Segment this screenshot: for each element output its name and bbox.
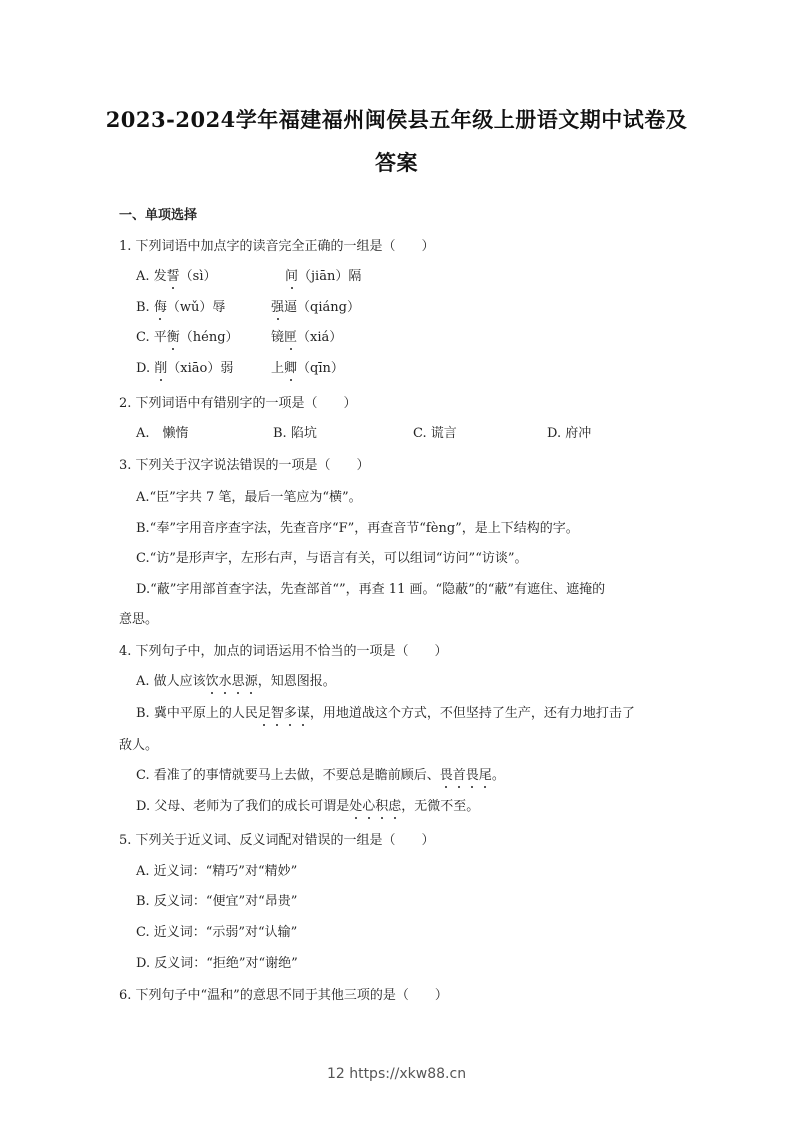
page-footer: 12 https://xkw88.cn — [0, 1066, 793, 1082]
option-text: （wǔ）辱 — [167, 300, 226, 315]
dotted-char: 多 — [284, 706, 297, 722]
dotted-char: 水 — [219, 674, 232, 690]
dotted-char: 畏 — [440, 768, 453, 784]
option-text: A. 做人应该 — [136, 674, 206, 689]
question-4-option-d: D. 父母、老师为了我们的成长可谓是处心积虑，无微不至。 — [136, 799, 479, 815]
question-2-option-b: B. 陷坑 — [273, 426, 317, 442]
option-text: ，用地道战这个方式，不但坚持了生产，还有力地打击了 — [310, 706, 635, 721]
question-4-option-c: C. 看准了的事情就要马上去做，不要总是瞻前顾后、畏首畏尾。 — [136, 768, 505, 784]
question-1-option-a: A. 发誓（sì） — [136, 269, 217, 285]
option-text: C. 看准了的事情就要马上去做，不要总是瞻前顾后、 — [136, 768, 440, 783]
option-text: 镜 — [271, 330, 284, 345]
question-5-stem: 5. 下列关于近义词、反义词配对错误的一组是（ ） — [119, 833, 435, 849]
option-text: B. 冀中平原上的人民 — [136, 706, 258, 721]
dotted-char: 积 — [375, 799, 388, 815]
dotted-char: 削 — [154, 361, 167, 377]
option-text: （sì） — [180, 269, 217, 284]
option-text: ，知恩图报。 — [258, 674, 336, 689]
question-5-option-c: C. 近义词：“示弱”对“认输” — [136, 925, 297, 941]
question-5-option-d: D. 反义词：“拒绝”对“谢绝” — [136, 956, 298, 972]
dotted-char: 侮 — [154, 300, 167, 316]
dotted-char: 足 — [258, 706, 271, 722]
option-text: A. 发 — [136, 269, 167, 284]
option-text: （jiān）隔 — [298, 269, 361, 284]
question-4-option-b-cont: 敌人。 — [119, 738, 158, 754]
dotted-char: 处 — [349, 799, 362, 815]
question-3-option-d: D.“蔽”字用部首查字法，先查部首“”，再查 11 画。“隐蔽”的“蔽”有遮住、… — [136, 582, 605, 598]
option-text: （xiāo）弱 — [167, 361, 233, 376]
question-1-option-d-2: 上卿（qīn） — [271, 361, 344, 377]
option-text: ，无微不至。 — [401, 799, 479, 814]
question-2-option-d: D. 府冲 — [547, 426, 591, 442]
option-text: （xiá） — [297, 330, 342, 345]
question-1-option-d: D. 削（xiāo）弱 — [136, 361, 233, 377]
document-title-line2: 答案 — [0, 147, 793, 177]
question-2-option-c: C. 谎言 — [413, 426, 457, 442]
question-5-option-b: B. 反义词：“便宜”对“昂贵” — [136, 894, 297, 910]
option-text: 逼（qiáng） — [284, 300, 360, 315]
dotted-char: 谋 — [297, 706, 310, 722]
question-2-stem: 2. 下列词语中有错别字的一项是（ ） — [119, 396, 357, 412]
question-1-option-b-2: 强逼（qiáng） — [271, 300, 360, 316]
question-1-stem: 1. 下列词语中加点字的读音完全正确的一组是（ ） — [119, 239, 435, 255]
question-6-stem: 6. 下列句子中“温和”的意思不同于其他三项的是（ ） — [119, 988, 448, 1004]
question-5-option-a: A. 近义词：“精巧”对“精妙” — [136, 864, 297, 880]
question-4-option-b: B. 冀中平原上的人民足智多谋，用地道战这个方式，不但坚持了生产，还有力地打击了 — [136, 706, 635, 722]
question-1-option-a-2: 间（jiān）隔 — [285, 269, 361, 285]
section-heading: 一、单项选择 — [119, 208, 197, 224]
option-text: B. — [136, 300, 154, 315]
option-text: （qīn） — [297, 361, 344, 376]
dotted-char: 思 — [232, 674, 245, 690]
dotted-char: 心 — [362, 799, 375, 815]
dotted-char: 源 — [245, 674, 258, 690]
dotted-char: 智 — [271, 706, 284, 722]
question-3-stem: 3. 下列关于汉字说法错误的一项是（ ） — [119, 458, 370, 474]
dotted-char: 饮 — [206, 674, 219, 690]
question-1-option-c-2: 镜匣（xiá） — [271, 330, 342, 346]
option-text: C. 平 — [136, 330, 167, 345]
question-3-option-a: A.“臣”字共 7 笔，最后一笔应为“横”。 — [136, 490, 362, 506]
question-3-option-c: C.“访”是形声字，左形右声，与语言有关，可以组词“访问”“访谈”。 — [136, 551, 528, 567]
option-text: D. 父母、老师为了我们的成长可谓是 — [136, 799, 349, 814]
question-4-stem: 4. 下列句子中，加点的词语运用不恰当的一项是（ ） — [119, 644, 448, 660]
dotted-char: 间 — [285, 269, 298, 285]
option-text: （héng） — [180, 330, 239, 345]
dotted-char: 誓 — [167, 269, 180, 285]
dotted-char: 匣 — [284, 330, 297, 346]
option-text: 。 — [492, 768, 505, 783]
question-3-option-d-cont: 意思。 — [119, 612, 158, 628]
dotted-char: 尾 — [479, 768, 492, 784]
dotted-char: 畏 — [466, 768, 479, 784]
question-1-option-b: B. 侮（wǔ）辱 — [136, 300, 225, 316]
dotted-char: 虑 — [388, 799, 401, 815]
dotted-char: 衡 — [167, 330, 180, 346]
dotted-char: 卿 — [284, 361, 297, 377]
option-text: D. — [136, 361, 154, 376]
option-text: 上 — [271, 361, 284, 376]
question-4-option-a: A. 做人应该饮水思源，知恩图报。 — [136, 674, 336, 690]
dotted-char: 强 — [271, 300, 284, 316]
question-3-option-b: B.“奉”字用音序查字法，先查音序“F”，再查音节“fèng”，是上下结构的字。 — [136, 521, 579, 537]
question-1-option-c: C. 平衡（héng） — [136, 330, 239, 346]
document-title-line1: 2023-2024学年福建福州闽侯县五年级上册语文期中试卷及 — [0, 104, 793, 134]
dotted-char: 首 — [453, 768, 466, 784]
question-2-option-a: A. 懒惰 — [136, 426, 189, 442]
